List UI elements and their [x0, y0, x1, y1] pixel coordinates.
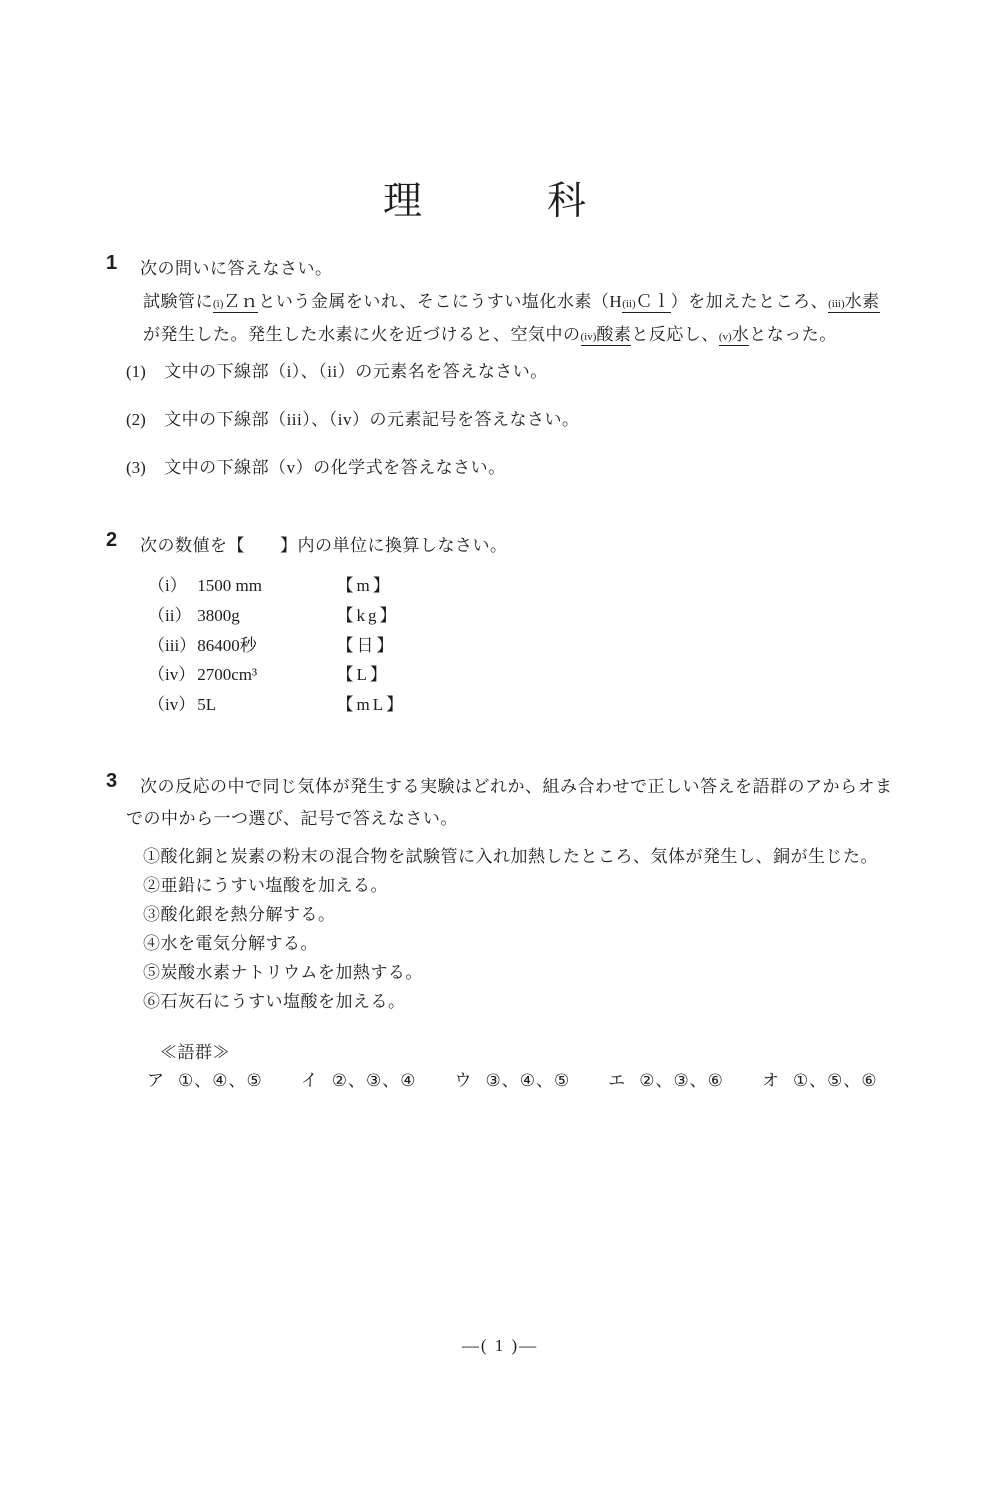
page-footer: —( 1 )—: [0, 1336, 1000, 1356]
passage-text: 試験管に: [143, 292, 213, 311]
passage-line-2: が発生した。発生した水素に火を近づけると、空気中の(iv)酸素と反応し、(v)水…: [143, 320, 837, 345]
page-title: 理 科: [383, 170, 588, 226]
conversion-item-4: （iv） 2700cm³ 【L】: [148, 660, 390, 685]
item-unit: 【m】: [337, 576, 393, 595]
passage-text: が発生した。発生した水素に火を近づけると、空気中の: [143, 325, 581, 344]
exam-page: 理 科 1 次の問いに答えなさい。 試験管に(i)Ｚｎという金属をいれ、そこにう…: [0, 0, 1000, 1500]
term-marker-iv: (iv): [581, 331, 597, 343]
underlined-term-suiso: (iii)水素: [828, 292, 880, 313]
experiment-item-4: ④水を電気分解する。: [143, 929, 318, 954]
term-suiso: 水素: [845, 292, 880, 311]
term-zn: Ｚｎ: [223, 292, 258, 311]
term-cl: Ｃｌ: [636, 292, 671, 311]
item-label: （ii）: [148, 601, 193, 626]
passage-text: と反応し、: [631, 325, 719, 344]
conversion-item-5: （iv） 5L 【mL】: [148, 690, 406, 715]
item-label: （iii）: [148, 631, 193, 656]
item-unit: 【L】: [337, 665, 390, 684]
underlined-term-sanso: (iv)酸素: [581, 325, 632, 346]
subquestion-label: (2): [126, 410, 146, 429]
item-value: 5L: [197, 695, 332, 715]
experiment-item-6: ⑥石灰石にうすい塩酸を加える。: [143, 987, 406, 1012]
option-numbers: ③、④、⑤: [485, 1066, 570, 1091]
conversion-item-3: （iii） 86400秒 【日】: [148, 631, 397, 656]
subquestion-text: 文中の下線部（iii）、（iv）の元素記号を答えなさい。: [164, 410, 579, 429]
option-kana: ア: [147, 1066, 164, 1091]
conversion-item-2: （ii） 3800g 【kg】: [148, 601, 400, 626]
option-i: イ ②、③、④: [301, 1066, 417, 1091]
option-u: ウ ③、④、⑤: [454, 1066, 570, 1091]
option-kana: イ: [301, 1066, 318, 1091]
term-marker-iii: (iii): [828, 298, 845, 310]
item-unit: 【kg】: [337, 606, 400, 625]
option-numbers: ②、③、④: [332, 1066, 417, 1091]
option-kana: ウ: [454, 1066, 471, 1091]
subquestion-label: (3): [126, 458, 146, 477]
underlined-term-cl: (ii)Ｃｌ: [622, 292, 670, 313]
term-mizu: 水: [732, 325, 750, 344]
item-label: （iv）: [148, 660, 193, 685]
option-a: ア ①、④、⑤: [147, 1066, 263, 1091]
passage-line-1: 試験管に(i)Ｚｎという金属をいれ、そこにうすい塩化水素（H(ii)Ｃｌ）を加え…: [143, 287, 880, 312]
question-1-prompt: 次の問いに答えなさい。: [140, 254, 333, 279]
subquestion-1: (1) 文中の下線部（i）、（ii）の元素名を答えなさい。: [126, 357, 548, 382]
passage-text: という金属をいれ、そこにうすい塩化水素（H: [258, 292, 622, 311]
option-numbers: ②、③、⑥: [639, 1066, 724, 1091]
question-2-number: 2: [106, 529, 117, 552]
item-value: 3800g: [197, 606, 332, 626]
item-label: （iv）: [148, 690, 193, 715]
term-marker-ii: (ii): [622, 298, 635, 310]
subquestion-text: 文中の下線部（i）、（ii）の元素名を答えなさい。: [164, 362, 548, 381]
option-o: オ ①、⑤、⑥: [762, 1066, 878, 1091]
experiment-item-3: ③酸化銀を熱分解する。: [143, 900, 336, 925]
underlined-term-zn: (i)Ｚｎ: [213, 292, 258, 313]
term-marker-v: (v): [719, 331, 732, 343]
conversion-item-1: （i） 1500 mm 【m】: [148, 571, 393, 596]
option-e: エ ②、③、⑥: [608, 1066, 724, 1091]
question-2-prompt: 次の数値を【 】内の単位に換算しなさい。: [140, 531, 508, 556]
passage-text: となった。: [749, 325, 837, 344]
item-value: 86400秒: [197, 631, 332, 656]
item-value: 2700cm³: [197, 665, 332, 685]
subquestion-2: (2) 文中の下線部（iii）、（iv）の元素記号を答えなさい。: [126, 405, 579, 430]
subquestion-text: 文中の下線部（v）の化学式を答えなさい。: [164, 458, 506, 477]
subquestion-label: (1): [126, 362, 146, 381]
question-1-number: 1: [106, 252, 117, 275]
answer-options-row: ア ①、④、⑤ イ ②、③、④ ウ ③、④、⑤ エ ②、③、⑥ オ ①、⑤、⑥: [147, 1066, 916, 1091]
word-group-label: ≪語群≫: [160, 1038, 230, 1063]
option-kana: オ: [762, 1066, 779, 1091]
option-numbers: ①、⑤、⑥: [793, 1066, 878, 1091]
experiment-item-2: ②亜鉛にうすい塩酸を加える。: [143, 871, 388, 896]
item-unit: 【日】: [337, 636, 397, 655]
experiment-item-5: ⑤炭酸水素ナトリウムを加熱する。: [143, 958, 423, 983]
item-value: 1500 mm: [197, 576, 332, 596]
term-marker-i: (i): [213, 298, 223, 310]
underlined-term-mizu: (v)水: [719, 325, 749, 346]
option-kana: エ: [608, 1066, 625, 1091]
question-3-prompt-line-2: での中から一つ選び、記号で答えなさい。: [126, 804, 458, 829]
item-label: （i）: [148, 571, 193, 596]
question-3-number: 3: [106, 770, 117, 793]
question-3-prompt-line-1: 次の反応の中で同じ気体が発生する実験はどれか、組み合わせで正しい答えを語群のアか…: [140, 772, 893, 797]
passage-text: ）を加えたところ、: [671, 292, 829, 311]
option-numbers: ①、④、⑤: [178, 1066, 263, 1091]
term-sanso: 酸素: [596, 325, 631, 344]
subquestion-3: (3) 文中の下線部（v）の化学式を答えなさい。: [126, 453, 506, 478]
item-unit: 【mL】: [337, 695, 407, 714]
experiment-item-1: ①酸化銅と炭素の粉末の混合物を試験管に入れ加熱したところ、気体が発生し、銅が生じ…: [143, 842, 878, 867]
